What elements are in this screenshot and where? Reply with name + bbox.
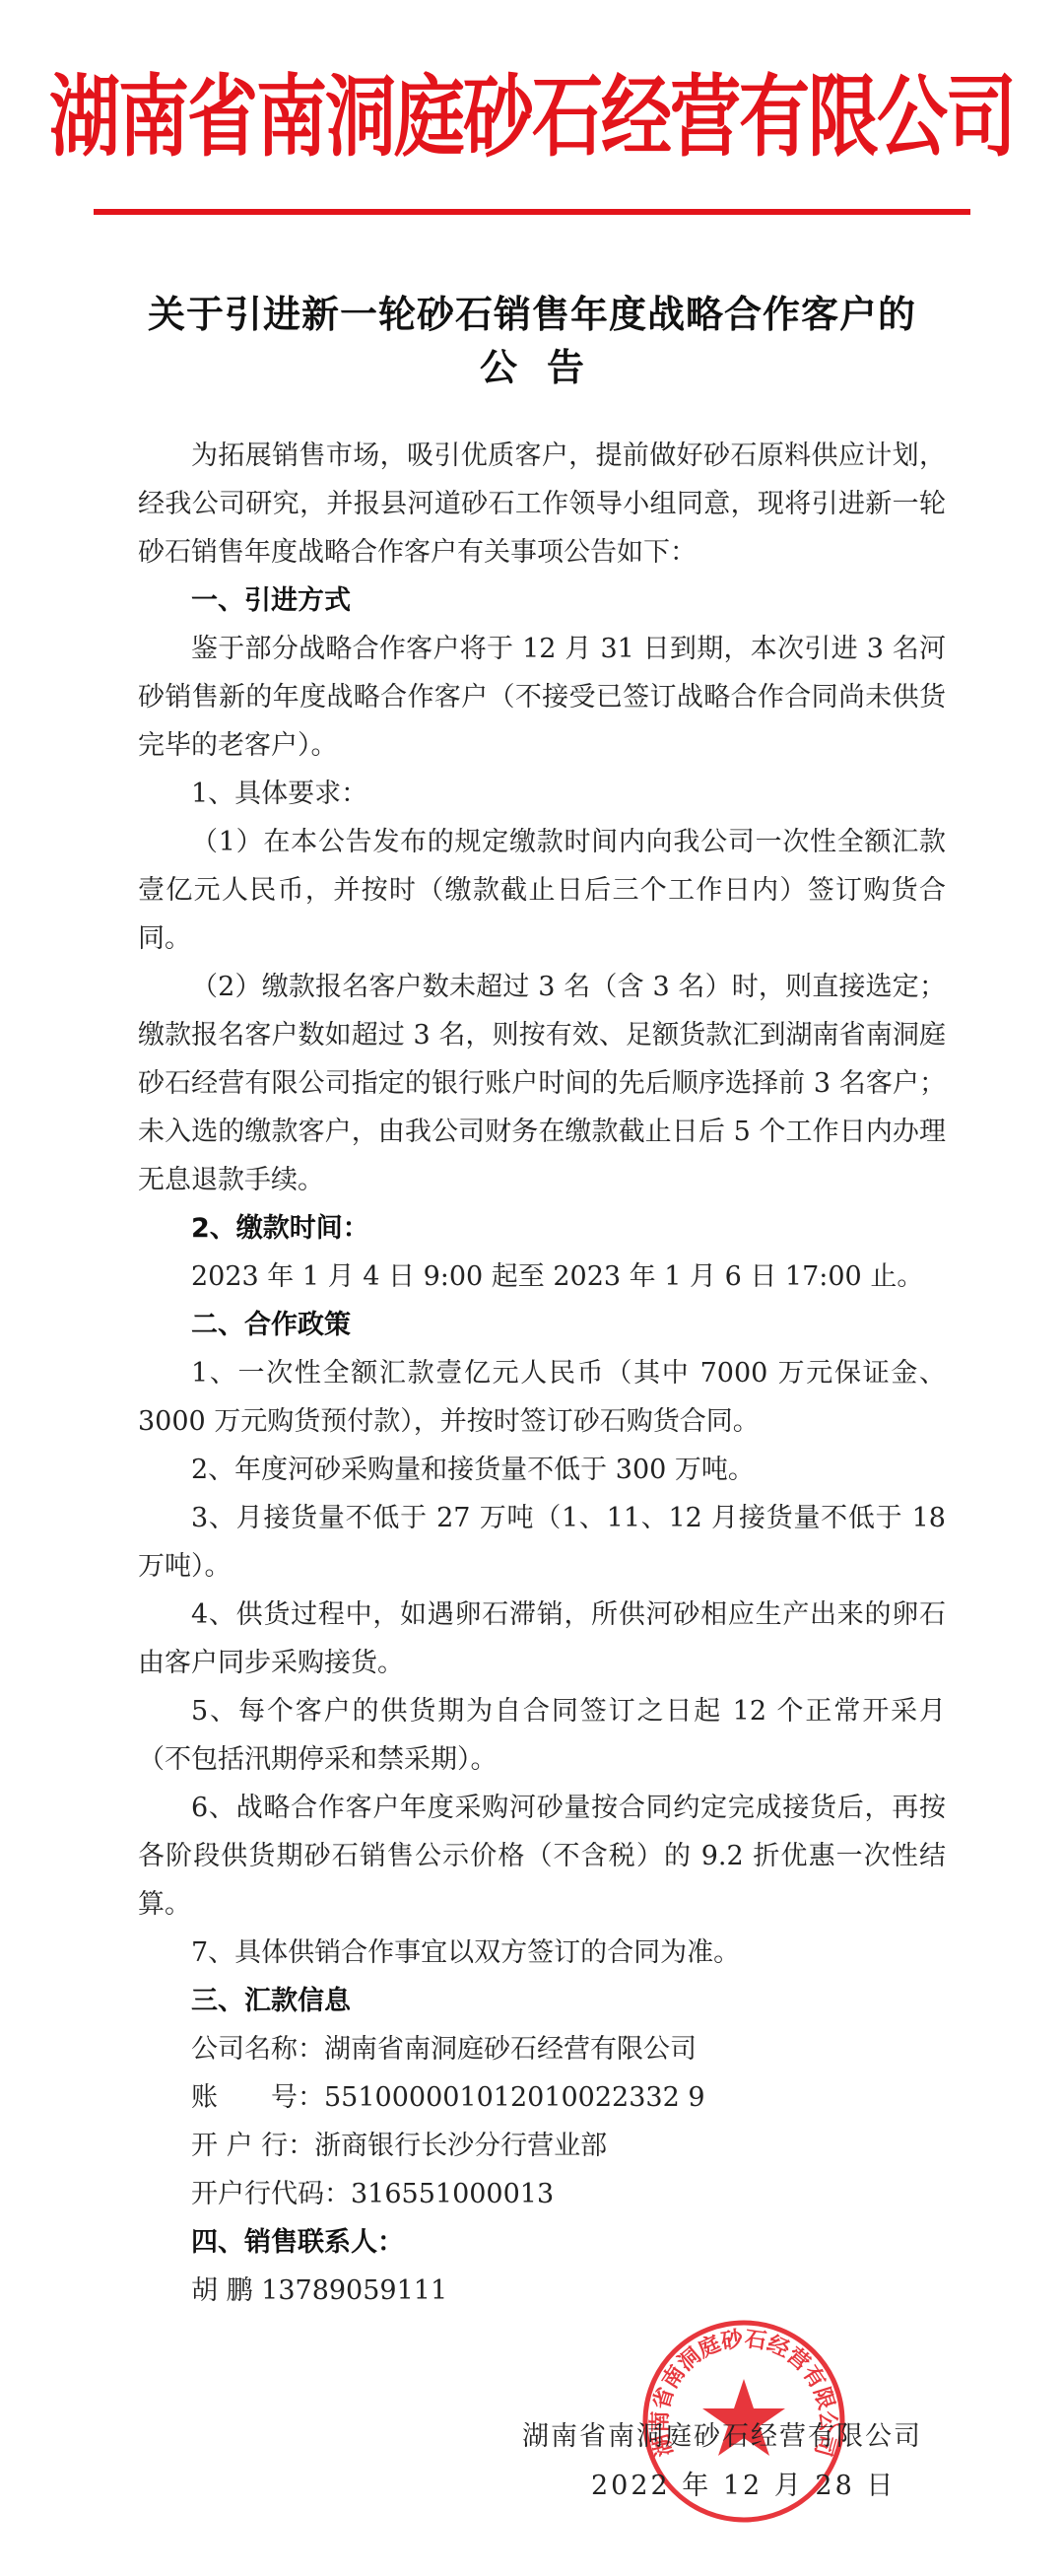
policy-item: 6、战略合作客户年度采购河砂量按合同约定完成接货后，再按各阶段供货期砂石销售公示…	[138, 1784, 946, 1929]
policy-item: 3、月接货量不低于 27 万吨（1、11、12 月接货量不低于 18 万吨）。	[138, 1494, 946, 1591]
remittance-account-number: 账 号：551000001012010022332 9	[138, 2073, 946, 2122]
policy-item: 7、具体供销合作事宜以双方签订的合同为准。	[138, 1929, 946, 1977]
signature-company: 湖南省南洞庭砂石经营有限公司	[522, 2414, 975, 2453]
policy-item: 1、一次性全额汇款壹亿元人民币（其中 7000 万元保证金、3000 万元购货预…	[138, 1349, 946, 1446]
letterhead-company-name: 湖南省南洞庭砂石经营有限公司	[0, 61, 1064, 172]
sales-contact: 胡 鹏 13789059111	[138, 2267, 946, 2315]
remittance-bank: 开 户 行：浙商银行长沙分行营业部	[138, 2122, 946, 2170]
document-title: 关于引进新一轮砂石销售年度战略合作客户的	[0, 284, 1064, 338]
remittance-bank-code: 开户行代码：316551000013	[138, 2170, 946, 2218]
requirements-heading: 1、具体要求：	[138, 770, 946, 818]
document-title-suffix: 公告	[0, 337, 1064, 391]
section1-paragraph: 鉴于部分战略合作客户将于 12 月 31 日到期，本次引进 3 名河砂销售新的年…	[138, 625, 946, 770]
requirement-1: （1）在本公告发布的规定缴款时间内向我公司一次性全额汇款壹亿元人民币，并按时（缴…	[138, 818, 946, 963]
remittance-company-name: 公司名称：湖南省南洞庭砂石经营有限公司	[138, 2025, 946, 2073]
section-heading-introduction-method: 一、引进方式	[138, 576, 946, 625]
payment-time-heading: 2、缴款时间：	[138, 1204, 946, 1253]
document-body: 为拓展销售市场，吸引优质客户，提前做好砂石原料供应计划，经我公司研究，并报县河道…	[138, 432, 946, 2315]
requirement-2: （2）缴款报名客户数未超过 3 名（含 3 名）时，则直接选定；缴款报名客户数如…	[138, 963, 946, 1204]
section-heading-sales-contact: 四、销售联系人：	[138, 2218, 946, 2267]
policy-item: 2、年度河砂采购量和接货量不低于 300 万吨。	[138, 1446, 946, 1494]
section-heading-remittance-info: 三、汇款信息	[138, 1977, 946, 2025]
letterhead-divider	[94, 209, 970, 215]
payment-time-text: 2023 年 1 月 4 日 9:00 起至 2023 年 1 月 6 日 17…	[138, 1253, 946, 1301]
signature-date: 2022 年 12 月 28 日	[591, 2464, 985, 2502]
policy-item: 5、每个客户的供货期为自合同签订之日起 12 个正常开采月（不包括汛期停采和禁采…	[138, 1687, 946, 1784]
policy-item: 4、供货过程中，如遇卵石滞销，所供河砂相应生产出来的卵石由客户同步采购接货。	[138, 1591, 946, 1687]
section-heading-cooperation-policy: 二、合作政策	[138, 1301, 946, 1349]
intro-paragraph: 为拓展销售市场，吸引优质客户，提前做好砂石原料供应计划，经我公司研究，并报县河道…	[138, 432, 946, 576]
